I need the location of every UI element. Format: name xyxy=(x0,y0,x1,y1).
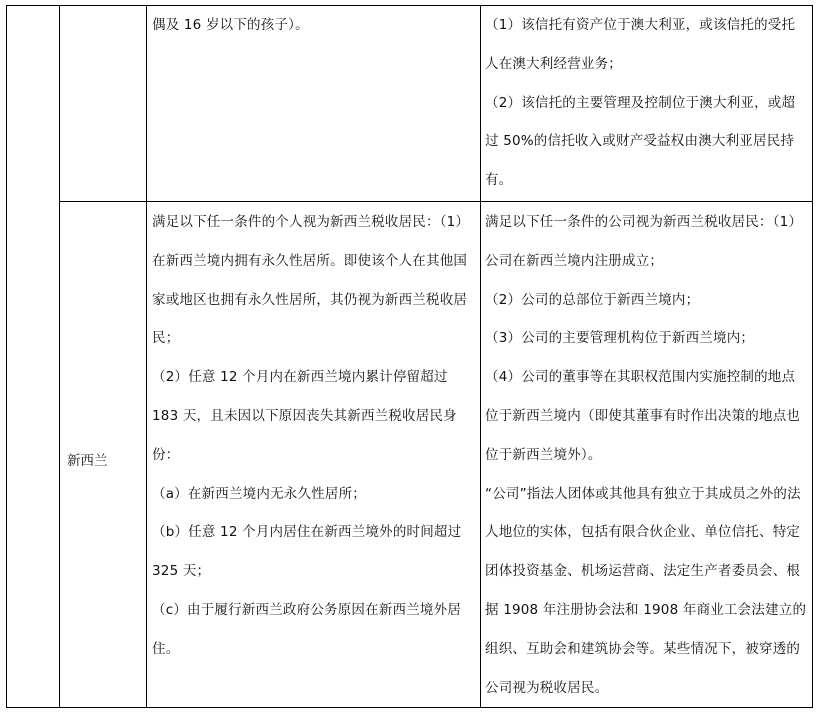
row1-entity-para-1: （1）该信托有资产位于澳大利亚，或该信托的受托人在澳大利经营业务； xyxy=(485,6,808,84)
row2-individual-para-1: 满足以下任一条件的个人视为新西兰税收居民：（1）在新西兰境内拥有永久性居所。即使… xyxy=(152,203,474,358)
row2-entity-para-2: （2）公司的总部位于新西兰境内； xyxy=(485,281,808,320)
row2-entity-para-4: （4）公司的董事等在其职权范围内实施控制的地点位于新西兰境内（即使其董事有时作出… xyxy=(485,358,808,474)
row2-individual-para-3: （a）在新西兰境内无永久性居所； xyxy=(152,475,474,514)
row2-entity-para-5: “公司”指法人团体或其他具有独立于其成员之外的法人地位的实体，包括有限合伙企业、… xyxy=(485,475,808,708)
row2-entity-para-1: 满足以下任一条件的公司视为新西兰税收居民：（1）公司在新西兰境内注册成立； xyxy=(485,203,808,281)
row-divider xyxy=(59,201,813,202)
row2-individual-para-2: （2）任意 12 个月内在新西兰境内累计停留超过 183 天，且未因以下原因丧失… xyxy=(152,358,474,474)
row2-individual-para-4: （b）任意 12 个月内居住在新西兰境外的时间超过 325 天； xyxy=(152,513,474,591)
row2-individual-para-5: （c）由于履行新西兰政府公务原因在新西兰境外居住。 xyxy=(152,591,474,669)
row1-entity-para-2: （2）该信托的主要管理及控制位于澳大利亚，或超过 50%的信托收入或财产受益权由… xyxy=(485,84,808,200)
row2-individual-cell: 满足以下任一条件的个人视为新西兰税收居民：（1）在新西兰境内拥有永久性居所。即使… xyxy=(152,203,474,669)
row1-individual-cell: 偶及 16 岁以下的孩子）。 xyxy=(152,6,474,45)
row2-entity-para-3: （3）公司的主要管理机构位于新西兰境内； xyxy=(485,319,808,358)
column-divider xyxy=(480,5,481,708)
country-label-new-zealand: 新西兰 xyxy=(67,449,108,469)
row1-individual-para: 偶及 16 岁以下的孩子）。 xyxy=(152,6,474,45)
row2-entity-cell: 满足以下任一条件的公司视为新西兰税收居民：（1）公司在新西兰境内注册成立； （2… xyxy=(485,203,808,707)
column-divider xyxy=(59,5,60,708)
column-divider xyxy=(146,5,147,708)
row1-entity-cell: （1）该信托有资产位于澳大利亚，或该信托的受托人在澳大利经营业务； （2）该信托… xyxy=(485,6,808,200)
